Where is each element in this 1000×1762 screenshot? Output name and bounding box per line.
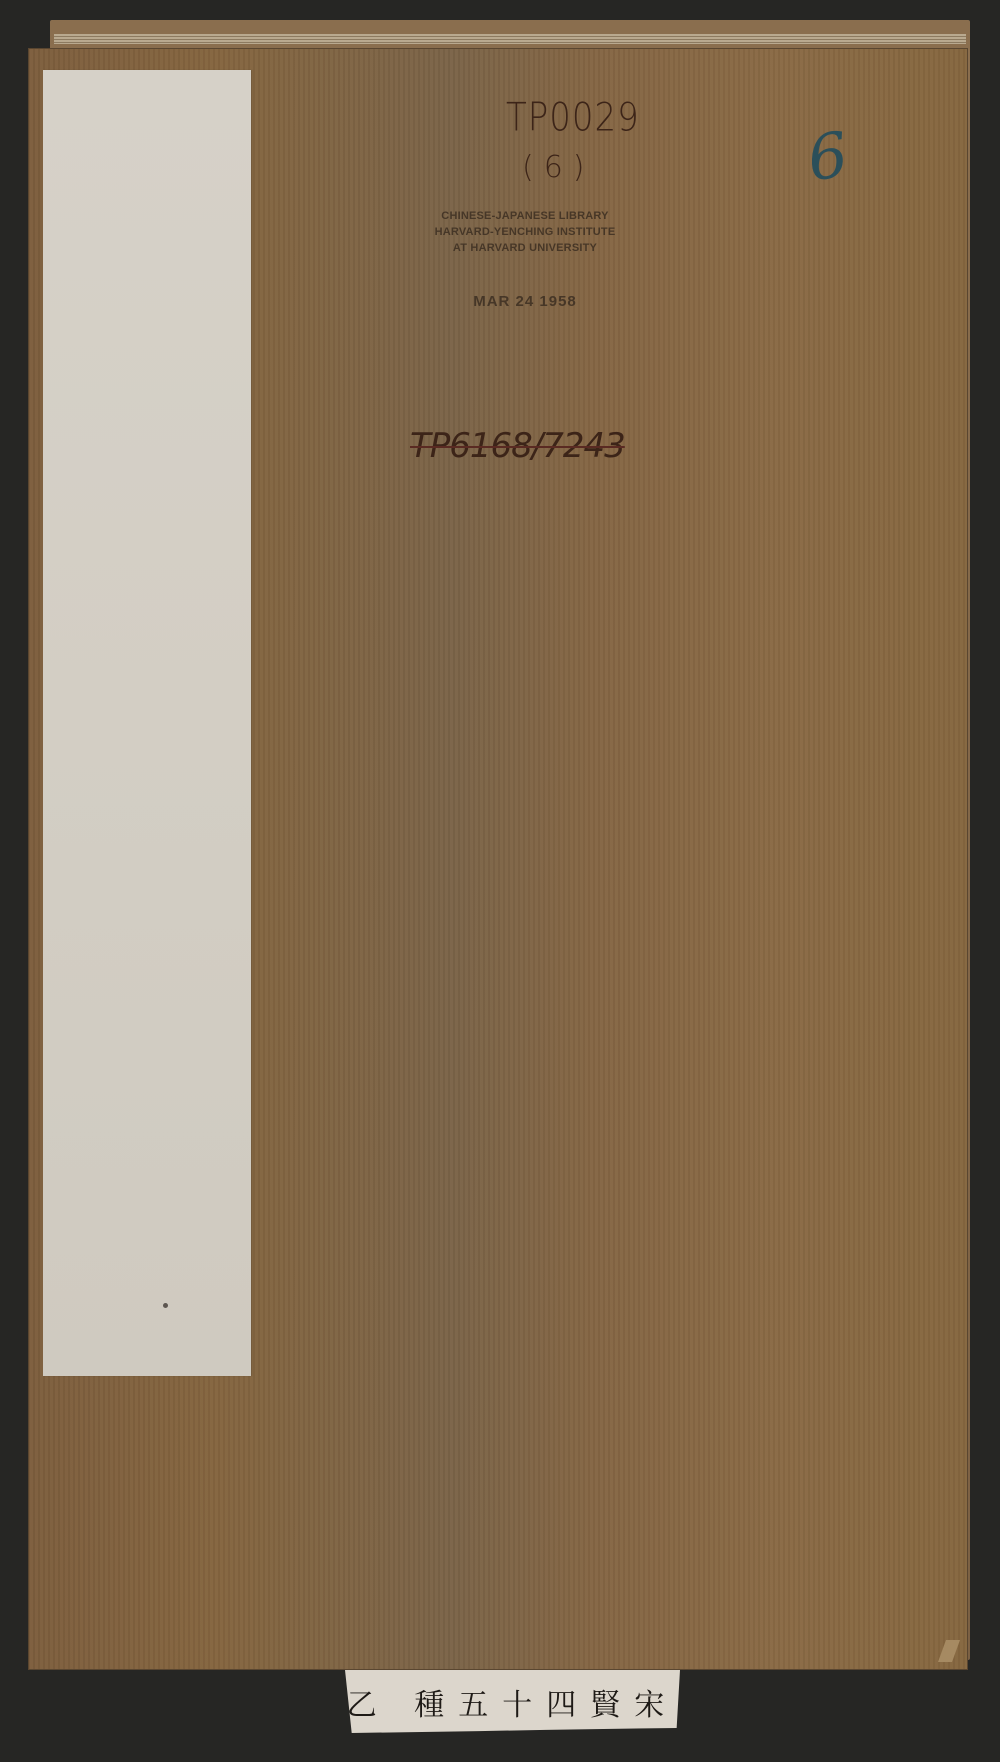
- slip-spot: [163, 1303, 168, 1308]
- old-call-number-struck: TP6168/7243: [410, 426, 625, 466]
- page-edges: [54, 34, 966, 44]
- stamp-date: MAR 24 1958: [430, 293, 620, 310]
- bottom-label-text: 宋賢四十五種 乙: [347, 1680, 679, 1724]
- title-slip-blank: [43, 70, 251, 1376]
- bottom-title-label: 宋賢四十五種 乙: [345, 1670, 680, 1733]
- stamp-line: AT HARVARD UNIVERSITY: [390, 240, 660, 256]
- volume-number: (6): [522, 150, 595, 185]
- stamp-line: HARVARD-YENCHING INSTITUTE: [390, 224, 660, 240]
- stamp-line: CHINESE-JAPANESE LIBRARY: [390, 208, 660, 224]
- call-number: TP0029: [506, 95, 640, 141]
- library-stamp: CHINESE-JAPANESE LIBRARY HARVARD-YENCHIN…: [390, 208, 660, 256]
